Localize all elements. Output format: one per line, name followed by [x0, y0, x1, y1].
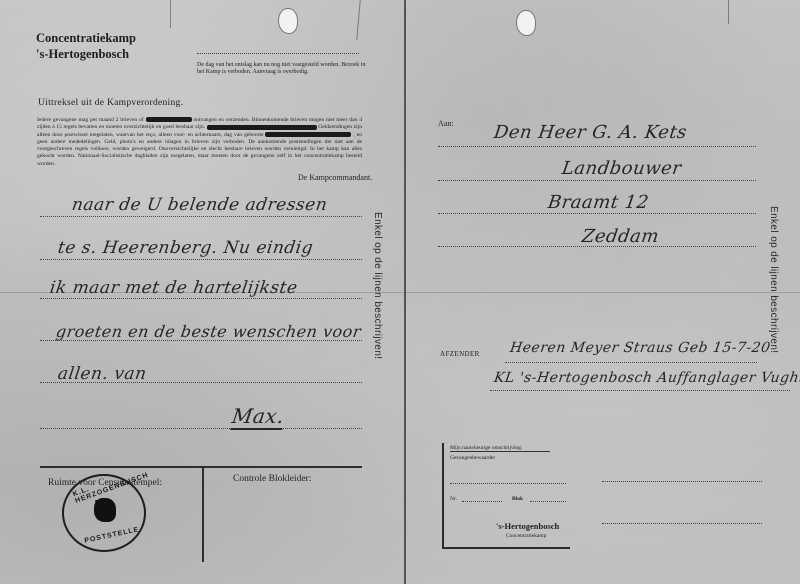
- prisoner-box-title: Mijn nauwkeurige omschrijving:: [450, 445, 550, 452]
- prisoner-nr-label: Nr.: [450, 496, 457, 502]
- handwritten-line-4: groeten en de beste wenschen voor: [55, 322, 363, 341]
- writing-line: [40, 428, 362, 429]
- camp-header-line2: 's-Hertogenbosch: [36, 46, 136, 62]
- block-leader-label: Controle Blokleider:: [233, 474, 311, 484]
- date-line: [197, 53, 359, 54]
- address-line: [438, 180, 756, 181]
- rules-body: Iedere gevangene mag per maand 2 brieven…: [37, 117, 362, 168]
- prisoner-description-box: Mijn nauwkeurige omschrijving: Gevangenb…: [442, 443, 570, 549]
- writing-line: [40, 216, 362, 217]
- censor-stamp: K.L. HERZOGENBUSCH B POSTSTELLE: [62, 474, 146, 552]
- camp-header: Concentratiekamp 's-Hertogenbosch: [36, 30, 136, 62]
- handwritten-line-1: naar de U belende adressen: [71, 195, 329, 215]
- address-street: Braamt 12: [547, 192, 651, 213]
- rules-part: Iedere gevangene mag per maand 2 brieven…: [37, 117, 144, 123]
- margin-instruction-left: Enkel op de lijnen beschrijven!: [372, 212, 383, 359]
- prisoner-blok-line: [530, 501, 566, 502]
- handwritten-line-3: ik maar met de hartelijkste: [49, 278, 299, 298]
- prisoner-box-camp-sub: Concentratiekamp: [506, 533, 546, 539]
- margin-instruction-right: Enkel op de lijnen beschrijven!: [768, 206, 779, 353]
- signature: Max.: [230, 404, 286, 430]
- sender-camp: KL 's-Hertogenbosch Auffanglager Vught: [493, 370, 800, 386]
- redaction-mark: [146, 117, 192, 122]
- crease: [170, 0, 171, 28]
- rules-title: Uittreksel uit de Kampverordening.: [38, 98, 183, 108]
- address-occupation: Landbouwer: [561, 158, 683, 179]
- sender-line: [490, 390, 790, 391]
- prisoner-box-field: Gevangenbewaarder: [450, 455, 495, 461]
- redaction-mark: [207, 125, 317, 130]
- crease: [728, 0, 729, 24]
- address-name: Den Heer G. A. Kets: [493, 122, 689, 143]
- recipient-label: Aan:: [438, 119, 454, 128]
- address-line: [438, 213, 756, 214]
- writing-line: [40, 298, 362, 299]
- punch-hole: [278, 8, 298, 34]
- redaction-mark: [265, 132, 351, 137]
- crease: [356, 0, 360, 40]
- letter-sheet: Concentratiekamp 's-Hertogenbosch De dag…: [0, 0, 800, 584]
- sender-line: [505, 362, 757, 363]
- release-notice: De dag van het ontslag kan nu nog niet v…: [197, 62, 367, 76]
- stamp-bottom-text: POSTSTELLE: [84, 526, 140, 544]
- handwritten-line-5: allen. van: [57, 364, 148, 384]
- punch-hole: [516, 10, 536, 36]
- commandant-signoff: De Kampcommandant.: [298, 173, 372, 182]
- address-line: [438, 146, 756, 147]
- camp-header-line1: Concentratiekamp: [36, 30, 136, 46]
- extra-line: [602, 481, 762, 482]
- box-divider: [202, 466, 204, 562]
- writing-line: [40, 259, 362, 260]
- prisoner-box-camp: 's-Hertogenbosch: [496, 521, 559, 531]
- prisoner-nr-line: [462, 501, 502, 502]
- extra-line: [602, 523, 762, 524]
- address-town: Zeddam: [581, 226, 661, 247]
- box-top-rule: [40, 466, 362, 468]
- prisoner-box-line: [450, 483, 566, 484]
- handwritten-line-2: te s. Heerenberg. Nu eindig: [57, 238, 315, 258]
- stamp-letter: B: [94, 498, 105, 515]
- stamp-center-mark: B: [94, 498, 116, 522]
- sender-name: Heeren Meyer Straus Geb 15-7-20: [509, 340, 772, 356]
- sender-label: AFZENDER: [440, 350, 480, 358]
- prisoner-blok-label: Blok: [512, 496, 523, 502]
